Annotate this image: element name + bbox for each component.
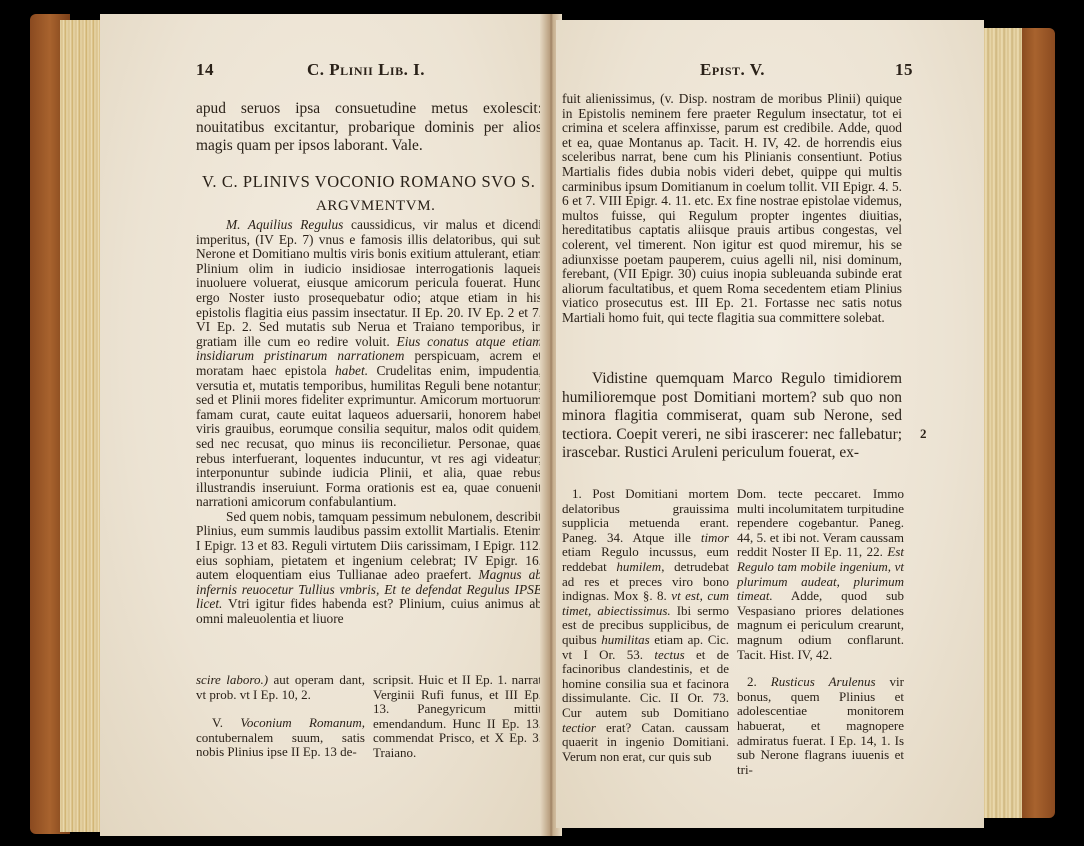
fn1-humilitas: humilitas	[601, 632, 649, 647]
fn1-tectus: tectus	[654, 647, 684, 662]
right-running-head: Epist. V.	[700, 60, 765, 80]
left-page-number: 14	[196, 60, 214, 80]
fn1-humilem: humilem	[616, 559, 661, 574]
right-footnote-col-1: 1. Post Domitiani mortem delatoribus gra…	[562, 474, 729, 790]
argument-cont-paragraph: fuit alienissimus, (v. Disp. nostram de …	[562, 92, 902, 326]
fn2-c: vir bonus, quem Plinius et adolescentiae…	[737, 674, 904, 777]
letter-body-paragraph: Vidistine quemquam Marco Regulo timidior…	[562, 370, 902, 463]
footnote-v-number: V.	[212, 715, 240, 730]
right-page-number: 15	[895, 60, 913, 80]
argument-paragraph-2: Sed quem nobis, tamquam pessimum nebulon…	[196, 510, 542, 627]
left-footnote-col-1: scire laboro.) aut operam dant, vt prob.…	[196, 660, 365, 774]
right-footnotes: 1. Post Domitiani mortem delatoribus gra…	[562, 474, 904, 790]
letter-body: Vidistine quemquam Marco Regulo timidior…	[562, 370, 902, 463]
footnote-italic: scire laboro.)	[196, 672, 268, 687]
argument-continuation: fuit alienissimus, (v. Disp. nostram de …	[562, 92, 902, 326]
footnote-v-text: contubernalem suum, satis nobis Plinius …	[196, 730, 365, 760]
fn2-rusticus: Rusticus Arulenus	[771, 674, 876, 689]
argument-paragraph-1: M. Aquilius Regulus caussidicus, vir mal…	[196, 218, 542, 510]
argument-p2-end: Vtri igitur fides habenda est? Plinium, …	[196, 596, 542, 626]
left-footnote-col-2: scripsit. Huic et II Ep. 1. narrat Vergi…	[373, 660, 542, 774]
fn1-timor: timor	[701, 530, 729, 545]
footnote-voconium: Voconium Romanum,	[240, 715, 365, 730]
footnote-col2-text: scripsit. Huic et II Ep. 1. narrat Vergi…	[373, 673, 542, 761]
argument-text: M. Aquilius Regulus caussidicus, vir mal…	[196, 218, 542, 627]
right-footnote-col-2: Dom. tecte peccaret. Immo multi incolumi…	[737, 474, 904, 790]
left-running-head: C. Plinii Lib. I.	[307, 60, 425, 80]
argument-p1-habet: habet.	[335, 363, 368, 378]
letter-heading: V. C. PLINIVS VOCONIO ROMANO SVO S.	[202, 172, 535, 192]
fn2-number: 2.	[747, 674, 771, 689]
opening-paragraph: apud seruos ipsa consuetudine metus exol…	[196, 100, 542, 156]
argument-title: ARGVMENTVM.	[316, 198, 436, 215]
page-edges-right	[982, 28, 1022, 818]
left-opening-lines: apud seruos ipsa consuetudine metus exol…	[196, 100, 542, 156]
fn2-a: Dom. tecte peccaret. Immo multi incolumi…	[737, 486, 904, 559]
page-edges-left	[60, 20, 100, 832]
margin-note-number: 2	[920, 426, 927, 442]
fn1-tectior: tectior	[562, 720, 596, 735]
left-footnotes: scire laboro.) aut operam dant, vt prob.…	[196, 660, 542, 774]
regulus-name: M. Aquilius Regulus	[226, 217, 343, 232]
argument-p1-text: caussidicus, vir malus et dicendi imperi…	[196, 217, 542, 349]
argument-p1-end: Crudelitas enim, impudentia, versutia et…	[196, 363, 542, 509]
